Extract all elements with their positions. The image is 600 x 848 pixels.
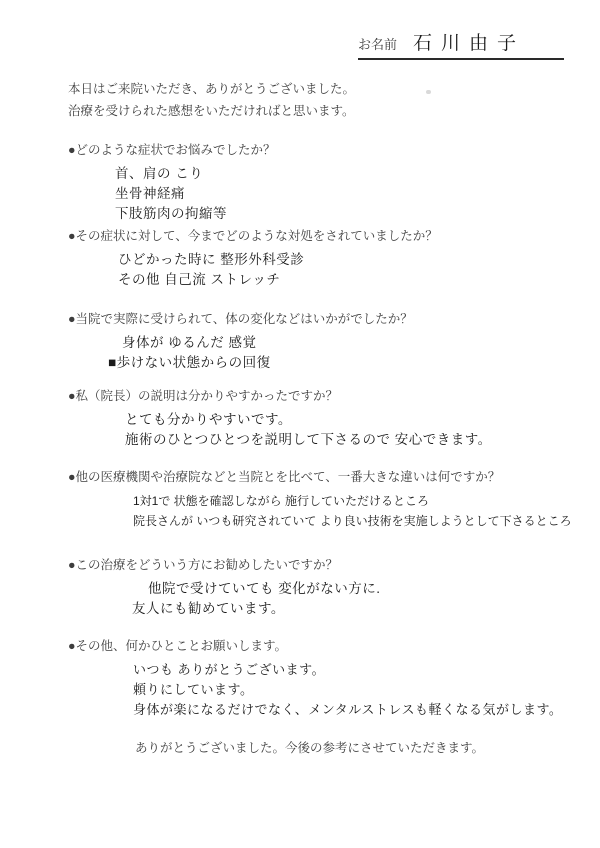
answer-lines: いつも ありがとうございます。 頼りにしています。 身体が楽になるだけでなく、メ… — [68, 660, 586, 720]
answer-lines: ひどかった時に 整形外科受診 その他 自己流 ストレッチ — [68, 250, 586, 290]
answer-line: 身体が楽になるだけでなく、メンタルストレスも軽くなる気がします。 — [133, 700, 586, 720]
answer-line: 下肢筋肉の拘縮等 — [115, 204, 586, 224]
answer-line: その他 自己流 ストレッチ — [118, 270, 586, 290]
answer-line: いつも ありがとうございます。 — [133, 660, 586, 680]
name-label: お名前 — [358, 34, 397, 53]
question-block-previous-treatment: ●その症状に対して、今までどのような対処をされていましたか？ ひどかった時に 整… — [68, 226, 586, 290]
question-text: ●この治療をどういう方にお勧めしたいですか？ — [68, 555, 586, 573]
survey-page: お名前 石川由子 本日はご来院いただき、ありがとうございました。 治療を受けられ… — [0, 0, 600, 848]
answer-line: 他院で受けていても 変化がない方に. — [132, 579, 586, 599]
question-text: ●当院で実際に受けられて、体の変化などはいかがでしたか？ — [68, 309, 586, 327]
answer-lines: 首、肩の こり 坐骨神経痛 下肢筋肉の拘縮等 — [68, 164, 586, 224]
question-block-body-changes: ●当院で実際に受けられて、体の変化などはいかがでしたか？ 身体が ゆるんだ 感覚… — [68, 309, 586, 373]
intro-text: 本日はご来院いただき、ありがとうございました。 治療を受けられた感想をいただけれ… — [68, 78, 355, 122]
answer-line: とても分かりやすいです。 — [125, 410, 586, 430]
answer-line: 首、肩の こり — [115, 164, 586, 184]
answer-lines: 身体が ゆるんだ 感覚 ■歩けない状態からの回復 — [68, 333, 586, 373]
question-text: ●どのような症状でお悩みでしたか？ — [68, 140, 586, 158]
answer-lines: とても分かりやすいです。 施術のひとつひとつを説明して下さるので 安心できます。 — [68, 410, 586, 450]
question-block-symptoms: ●どのような症状でお悩みでしたか？ 首、肩の こり 坐骨神経痛 下肢筋肉の拘縮等 — [68, 140, 586, 224]
answer-line: ひどかった時に 整形外科受診 — [118, 250, 586, 270]
answer-line: 施術のひとつひとつを説明して下さるので 安心できます。 — [125, 430, 586, 450]
answer-line: 院長さんが いつも研究されていて より良い技術を実施しようとして下さるところ — [133, 511, 586, 531]
question-text: ●他の医療機関や治療院などと当院とを比べて、一番大きな違いは何ですか？ — [68, 467, 586, 485]
question-block-other-comments: ●その他、何かひとことお願いします。 いつも ありがとうございます。 頼りにして… — [68, 636, 586, 720]
closing-text: ありがとうございました。今後の参考にさせていただきます。 — [135, 738, 484, 756]
answer-line: 友人にも勧めています。 — [132, 599, 586, 619]
question-block-recommendation: ●この治療をどういう方にお勧めしたいですか？ 他院で受けていても 変化がない方に… — [68, 555, 586, 619]
question-block-biggest-difference: ●他の医療機関や治療院などと当院とを比べて、一番大きな違いは何ですか？ 1対1で… — [68, 467, 586, 531]
question-text: ●その他、何かひとことお願いします。 — [68, 636, 586, 654]
question-text: ●その症状に対して、今までどのような対処をされていましたか？ — [68, 226, 586, 244]
answer-lines: 他院で受けていても 変化がない方に. 友人にも勧めています。 — [68, 579, 586, 619]
answer-line: 身体が ゆるんだ 感覚 — [108, 333, 586, 353]
name-value: 石川由子 — [413, 28, 525, 55]
question-text: ●私（院長）の説明は分かりやすかったですか？ — [68, 386, 586, 404]
name-field: お名前 石川由子 — [358, 26, 564, 60]
intro-line-2: 治療を受けられた感想をいただければと思います。 — [68, 100, 355, 122]
answer-lines: 1対1で 状態を確認しながら 施行していただけるところ 院長さんが いつも研究さ… — [68, 491, 586, 531]
answer-line: 坐骨神経痛 — [115, 184, 586, 204]
question-block-explanation-clarity: ●私（院長）の説明は分かりやすかったですか？ とても分かりやすいです。 施術のひ… — [68, 386, 586, 450]
answer-line: 1対1で 状態を確認しながら 施行していただけるところ — [133, 491, 586, 511]
intro-line-1: 本日はご来院いただき、ありがとうございました。 — [68, 78, 355, 100]
scan-artifact — [426, 90, 431, 94]
answer-line: ■歩けない状態からの回復 — [108, 353, 586, 373]
answer-line: 頼りにしています。 — [133, 680, 586, 700]
